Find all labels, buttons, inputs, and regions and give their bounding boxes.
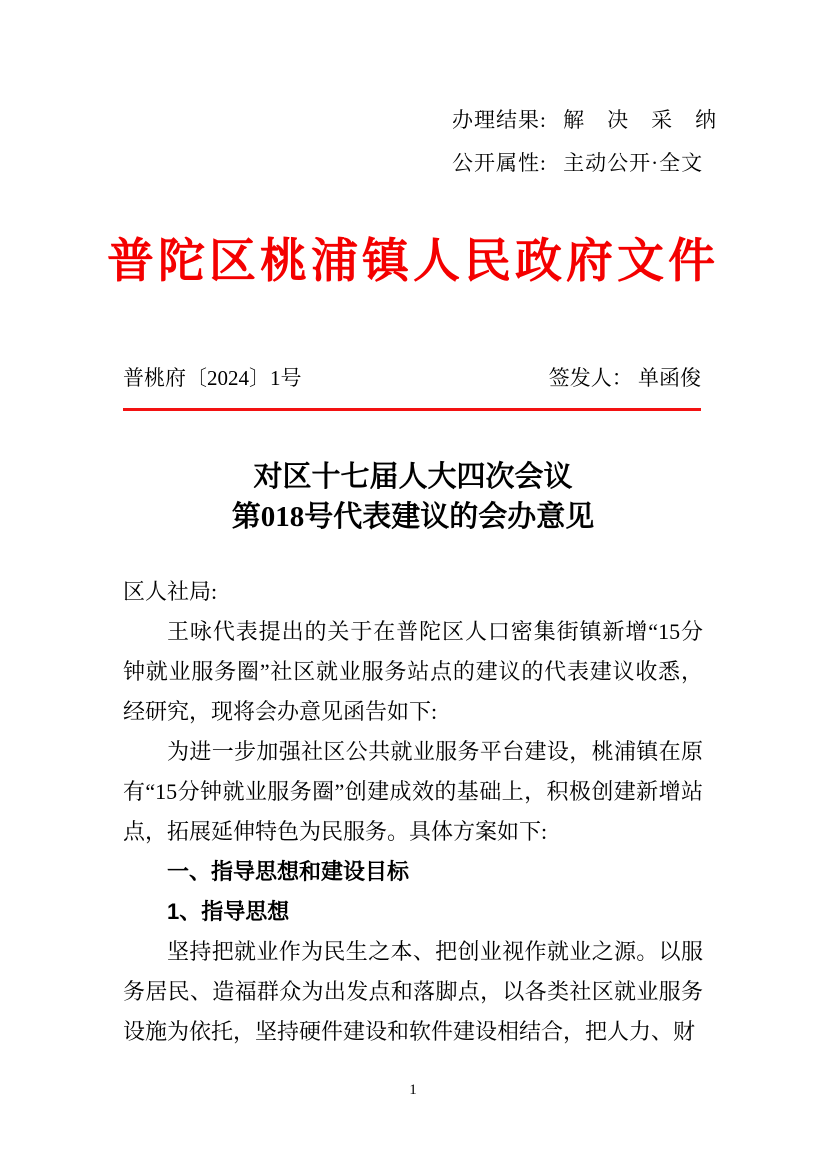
document-page: 办理结果: 解 决 采 纳 公开属性: 主动公开·全文 普陀区桃浦镇人民政府文件… [0,0,826,1169]
signer-name: 单函俊 [638,366,701,390]
section-heading-1: 一、指导思想和建设目标 [123,852,703,892]
publicity-value: 主动公开·全文 [563,151,703,175]
section-heading-2: 1、指导思想 [123,892,703,932]
publicity-label: 公开属性: [452,151,547,175]
header-annotations: 办理结果: 解 决 采 纳 公开属性: 主动公开·全文 [452,99,717,185]
document-body: 区人社局: 王咏代表提出的关于在普陀区人口密集街镇新增“15分钟就业服务圈”社区… [123,572,703,1052]
body-paragraph-1: 王咏代表提出的关于在普陀区人口密集街镇新增“15分钟就业服务圈”社区就业服务站点… [123,612,703,732]
docinfo-row: 普桃府〔2024〕1号 签发人： 单函俊 [123,361,701,395]
signer: 签发人： 单函俊 [549,361,701,395]
body-paragraph-3: 坚持把就业作为民生之本、把创业视作就业之源。以服务居民、造福群众为出发点和落脚点… [123,932,703,1052]
doc-number: 普桃府〔2024〕1号 [123,361,302,395]
masthead-title: 普陀区桃浦镇人民政府文件 [0,229,826,295]
red-divider [123,408,701,411]
handling-result-line: 办理结果: 解 决 采 纳 [452,99,717,142]
signer-label: 签发人： [549,366,633,390]
doc-title-line-1: 对区十七届人大四次会议 [0,457,826,497]
handling-result-value: 解 决 采 纳 [563,108,717,132]
publicity-line: 公开属性: 主动公开·全文 [452,142,717,185]
page-number: 1 [0,1078,826,1102]
handling-result-label: 办理结果: [452,108,547,132]
doc-title-line-2: 第018号代表建议的会办意见 [0,497,826,537]
body-paragraph-2: 为进一步加强社区公共就业服务平台建设，桃浦镇在原有“15分钟就业服务圈”创建成效… [123,732,703,852]
doc-title: 对区十七届人大四次会议 第018号代表建议的会办意见 [0,457,826,537]
salutation: 区人社局: [123,572,703,612]
